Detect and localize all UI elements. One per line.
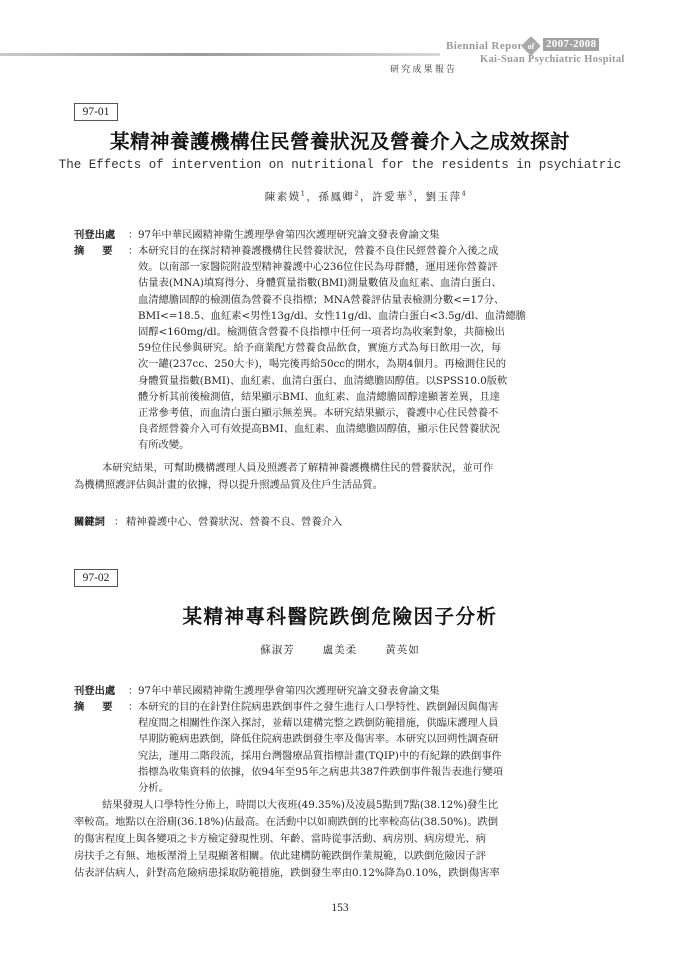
- abstract-line: 估量表(MNA)填寫得分、身體質量指數(BMI)測量數值及血紅素、血清白蛋白、: [138, 275, 644, 291]
- source-label: 刊登出處: [74, 683, 115, 699]
- abstract-line: 程度間之相關性作深入探討，並藉以建構完整之跌倒防範措施，供臨床護理人員: [138, 715, 644, 731]
- source-text: 97年中華民國精神衛生護理學會第四次護理研究論文發表會論文集: [138, 683, 644, 699]
- source-label: 刊登出處: [74, 227, 115, 243]
- result-line: 結果發現人口學特性分佈上，時間以大夜班(49.35%)及凌晨5點到7點(38.1…: [74, 797, 644, 814]
- colon: ：: [128, 699, 138, 715]
- result-line: 的傷害程度上與各變項之卡方檢定發現性別、年齡、當時從事活動、病房別、病房燈光、病: [74, 831, 644, 848]
- article-abstract: 摘要 ： 本研究的目的在針對住院病患跌倒事件之發生進行人口學特性、跌倒歸因與傷害…: [74, 699, 644, 796]
- article-source: 刊登出處 ： 97年中華民國精神衛生護理學會第四次護理研究論文發表會論文集: [74, 683, 644, 699]
- conclusion-line: 為機構照護評估與計畫的依據，得以提升照護品質及住戶生活品質。: [74, 477, 644, 494]
- abstract-label: 摘要: [74, 699, 131, 715]
- author-name: 陳素嫫: [265, 191, 301, 203]
- author-name: 蘇淑芳: [260, 644, 295, 656]
- abstract-line: 早期防範病患跌倒，降低住院病患跌倒發生率及傷害率。本研究以回朔性調查研: [138, 731, 644, 747]
- header-of-text: of: [524, 39, 538, 53]
- author-name: 黃英如: [385, 644, 420, 656]
- header-rule: [0, 53, 440, 56]
- abstract-label: 摘要: [74, 243, 131, 259]
- abstract-line: 固醇<160mg/dl。檢測值含營養不良指標中任何一項者均為收案對象，共篩檢出: [138, 324, 644, 340]
- abstract-line: 指標為收集資料的依據，依94年至95年之病患共387件跌倒事件報告表進行變項: [138, 764, 644, 780]
- author-name: 許愛華: [372, 191, 408, 203]
- abstract-line: 59位住民參與研究。給予商業配方營養食品飲食，實施方式為每日飲用一次，每: [138, 340, 644, 356]
- source-text: 97年中華民國精神衛生護理學會第四次護理研究論文發表會論文集: [138, 227, 644, 243]
- abstract-line: BMI<=18.5、血紅素<男性13g/dl、女性11g/dl、血清白蛋白<3.…: [138, 308, 644, 324]
- result-line: 估表評估病人，針對高危險病患採取防範措施，跌倒發生率由0.12%降為0.10%，…: [74, 865, 644, 882]
- author-name: 劉玉萍: [426, 191, 462, 203]
- article-conclusion: 本研究結果，可幫助機構護理人員及照護者了解精神養護機構住民的營養狀況，並可作 為…: [74, 460, 644, 494]
- abstract-line: 血清總膽固醇的檢測值為營養不良指標；MNA營養評估量表檢測分數<=17分、: [138, 292, 644, 308]
- result-line: 率較高。地點以在浴廁(36.18%)佔最高。在活動中以如廁跌倒的比率較高佔(38…: [74, 814, 644, 831]
- colon: ：: [128, 227, 138, 243]
- abstract-line: 有所改變。: [138, 437, 644, 453]
- abstract-line: 體分析其前後檢測值，結果顯示BMI、血紅素、血清總膽固醇達顯著差異，且達: [138, 389, 644, 405]
- header-of-diamond-icon: of: [521, 36, 541, 56]
- abstract-line: 本研究目的在探討精神養護機構住民營養狀況，營養不良住民經營養介入後之成: [138, 243, 644, 259]
- header-years-badge: 2007-2008: [543, 38, 599, 51]
- abstract-line: 究法，運用二階段流，採用台灣醫療品質指標計畫(TQIP)中的有紀錄的跌倒事件: [138, 748, 644, 764]
- author-name: 孫鳳卿: [318, 191, 354, 203]
- abstract-line: 正常參考值，而血清白蛋白顯示無差異。本研究結果顯示，養護中心住民營養不: [138, 405, 644, 421]
- article-results: 結果發現人口學特性分佈上，時間以大夜班(49.35%)及凌晨5點到7點(38.1…: [74, 797, 644, 882]
- header-section-title: 研究成果報告: [390, 62, 457, 75]
- article-authors: 蘇淑芳盧美柔黃英如: [0, 642, 680, 657]
- article-source: 刊登出處 ： 97年中華民國精神衛生護理學會第四次護理研究論文發表會論文集: [74, 227, 644, 243]
- article-keywords: 關鍵詞 ： 精神養護中心、營養狀況、營養不良、營養介入: [74, 514, 644, 530]
- author-affiliation: 4: [462, 190, 468, 198]
- conclusion-line: 本研究結果，可幫助機構護理人員及照護者了解精神養護機構住民的營養狀況，並可作: [74, 460, 644, 477]
- abstract-line: 次一罐(237cc、250大卡)，喝完後再給50cc的開水，為期4個月。再檢測住…: [138, 356, 644, 372]
- keywords-text: 精神養護中心、營養狀況、營養不良、營養介入: [126, 514, 632, 530]
- keywords-label: 關鍵詞: [74, 514, 105, 530]
- header-biennial-report: Biennial Report: [446, 40, 527, 52]
- author-affiliation: 1: [301, 190, 307, 198]
- abstract-line: 良者經營養介入可有效提高BMI、血紅素、血清總膽固醇值，顯示住民營養狀況: [138, 421, 644, 437]
- result-line: 房扶手之有無、地板溼滑上呈現顯著相關。依此建構防範跌倒作業規範，以跌倒危險因子評: [74, 848, 644, 865]
- article-id-badge: 97-01: [74, 103, 118, 121]
- abstract-line: 效。以南部一家醫院附設型精神養護中心236位住民為母群體，運用迷你營養評: [138, 259, 644, 275]
- author-affiliation: 3: [408, 190, 414, 198]
- page-number: 153: [0, 902, 680, 914]
- article-title-cn: 某精神專科醫院跌倒危險因子分析: [0, 601, 680, 629]
- author-name: 盧美柔: [323, 644, 358, 656]
- article-title-cn: 某精神養護機構住民營養狀況及營養介入之成效探討: [0, 126, 680, 154]
- article-id-badge: 97-02: [74, 569, 118, 587]
- colon: ：: [114, 514, 124, 530]
- article-abstract: 摘要 ： 本研究目的在探討精神養護機構住民營養狀況，營養不良住民經營養介入後之成…: [74, 243, 644, 454]
- abstract-line: 身體質量指數(BMI)、血紅素、血清白蛋白、血清總膽固醇值。以SPSS10.0版…: [138, 373, 644, 389]
- header-hospital-name: Kai-Suan Psychiatric Hospital: [480, 54, 625, 65]
- author-affiliation: 2: [354, 190, 360, 198]
- article-authors: 陳素嫫1，孫鳳卿2，許愛華3，劉玉萍4: [0, 189, 680, 204]
- article-title-en: The Effects of intervention on nutrition…: [0, 158, 680, 172]
- abstract-line: 分析。: [138, 780, 644, 796]
- abstract-line: 本研究的目的在針對住院病患跌倒事件之發生進行人口學特性、跌倒歸因與傷害: [138, 699, 644, 715]
- colon: ：: [128, 243, 138, 259]
- colon: ：: [128, 683, 138, 699]
